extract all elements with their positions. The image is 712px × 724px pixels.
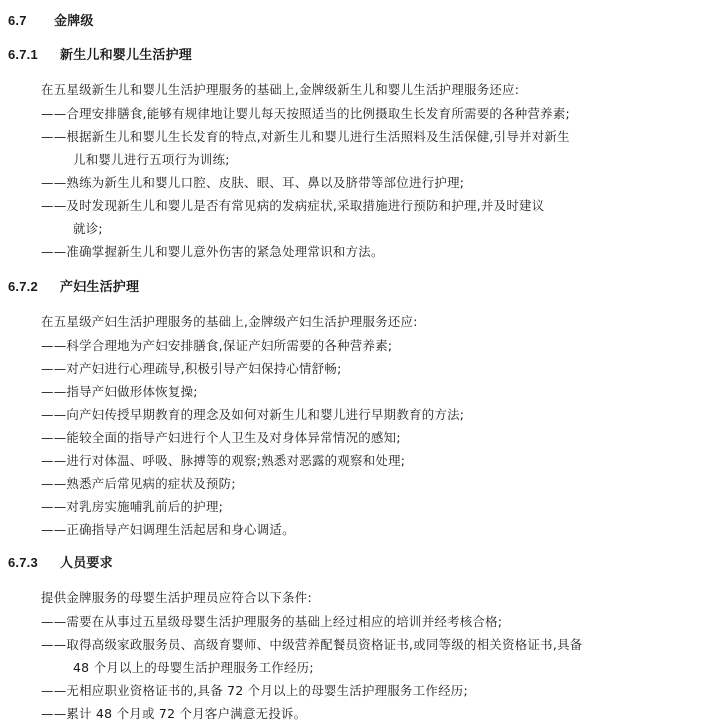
list-item-continuation: 儿和婴儿进行五项行为训练;	[73, 150, 230, 168]
section-heading: 6.7金牌级	[8, 10, 94, 29]
subsection-heading-6-7-1: 6.7.1新生儿和婴儿生活护理	[8, 44, 192, 63]
subsection-number: 6.7.3	[8, 555, 60, 570]
paragraph-intro: 提供金牌服务的母婴生活护理员应符合以下条件:	[41, 588, 312, 606]
list-item: ——正确指导产妇调理生活起居和身心调适。	[41, 520, 295, 538]
subsection-number: 6.7.2	[8, 279, 60, 294]
subsection-title: 产妇生活护理	[60, 280, 139, 295]
list-item: ——指导产妇做形体恢复操;	[41, 382, 198, 400]
list-item: ——科学合理地为产妇安排膳食,保证产妇所需要的各种营养素;	[41, 336, 392, 354]
paragraph-intro: 在五星级新生儿和婴儿生活护理服务的基础上,金牌级新生儿和婴儿生活护理服务还应:	[41, 80, 519, 98]
list-item: ——熟悉产后常见病的症状及预防;	[41, 474, 236, 492]
list-item: ——取得高级家政服务员、高级育婴师、中级营养配餐员资格证书,或同等级的相关资格证…	[41, 635, 582, 653]
list-item: ——累计 48 个月或 72 个月客户满意无投诉。	[41, 704, 306, 722]
list-item-continuation: 48 个月以上的母婴生活护理服务工作经历;	[73, 658, 314, 676]
list-item: ——进行对体温、呼吸、脉搏等的观察;熟悉对恶露的观察和处理;	[41, 451, 405, 469]
list-item: ——对乳房实施哺乳前后的护理;	[41, 497, 223, 515]
paragraph-intro: 在五星级产妇生活护理服务的基础上,金牌级产妇生活护理服务还应:	[41, 312, 418, 330]
list-item: ——准确掌握新生儿和婴儿意外伤害的紧急处理常识和方法。	[41, 242, 384, 260]
subsection-title: 新生儿和婴儿生活护理	[60, 48, 192, 63]
list-item: ——无相应职业资格证书的,具备 72 个月以上的母婴生活护理服务工作经历;	[41, 681, 468, 699]
subsection-heading-6-7-2: 6.7.2产妇生活护理	[8, 276, 139, 295]
list-item: ——对产妇进行心理疏导,积极引导产妇保持心情舒畅;	[41, 359, 342, 377]
list-item: ——能较全面的指导产妇进行个人卫生及对身体异常情况的感知;	[41, 428, 401, 446]
list-item: ——合理安排膳食,能够有规律地让婴儿每天按照适当的比例摄取生长发育所需要的各种营…	[41, 104, 570, 122]
list-item: ——熟练为新生儿和婴儿口腔、皮肤、眼、耳、鼻以及脐带等部位进行护理;	[41, 173, 464, 191]
list-item: ——及时发现新生儿和婴儿是否有常见病的发病症状,采取措施进行预防和护理,并及时建…	[41, 196, 544, 214]
list-item: ——向产妇传授早期教育的理念及如何对新生儿和婴儿进行早期教育的方法;	[41, 405, 464, 423]
section-number: 6.7	[8, 13, 54, 28]
section-title: 金牌级	[54, 14, 94, 29]
document-page: 6.7金牌级 6.7.1新生儿和婴儿生活护理 在五星级新生儿和婴儿生活护理服务的…	[0, 0, 712, 724]
list-item-continuation: 就诊;	[73, 219, 103, 237]
list-item: ——需要在从事过五星级母婴生活护理服务的基础上经过相应的培训并经考核合格;	[41, 612, 502, 630]
list-item: ——根据新生儿和婴儿生长发育的特点,对新生儿和婴儿进行生活照料及生活保健,引导并…	[41, 127, 570, 145]
subsection-title: 人员要求	[60, 556, 113, 571]
subsection-heading-6-7-3: 6.7.3人员要求	[8, 552, 113, 571]
subsection-number: 6.7.1	[8, 47, 60, 62]
